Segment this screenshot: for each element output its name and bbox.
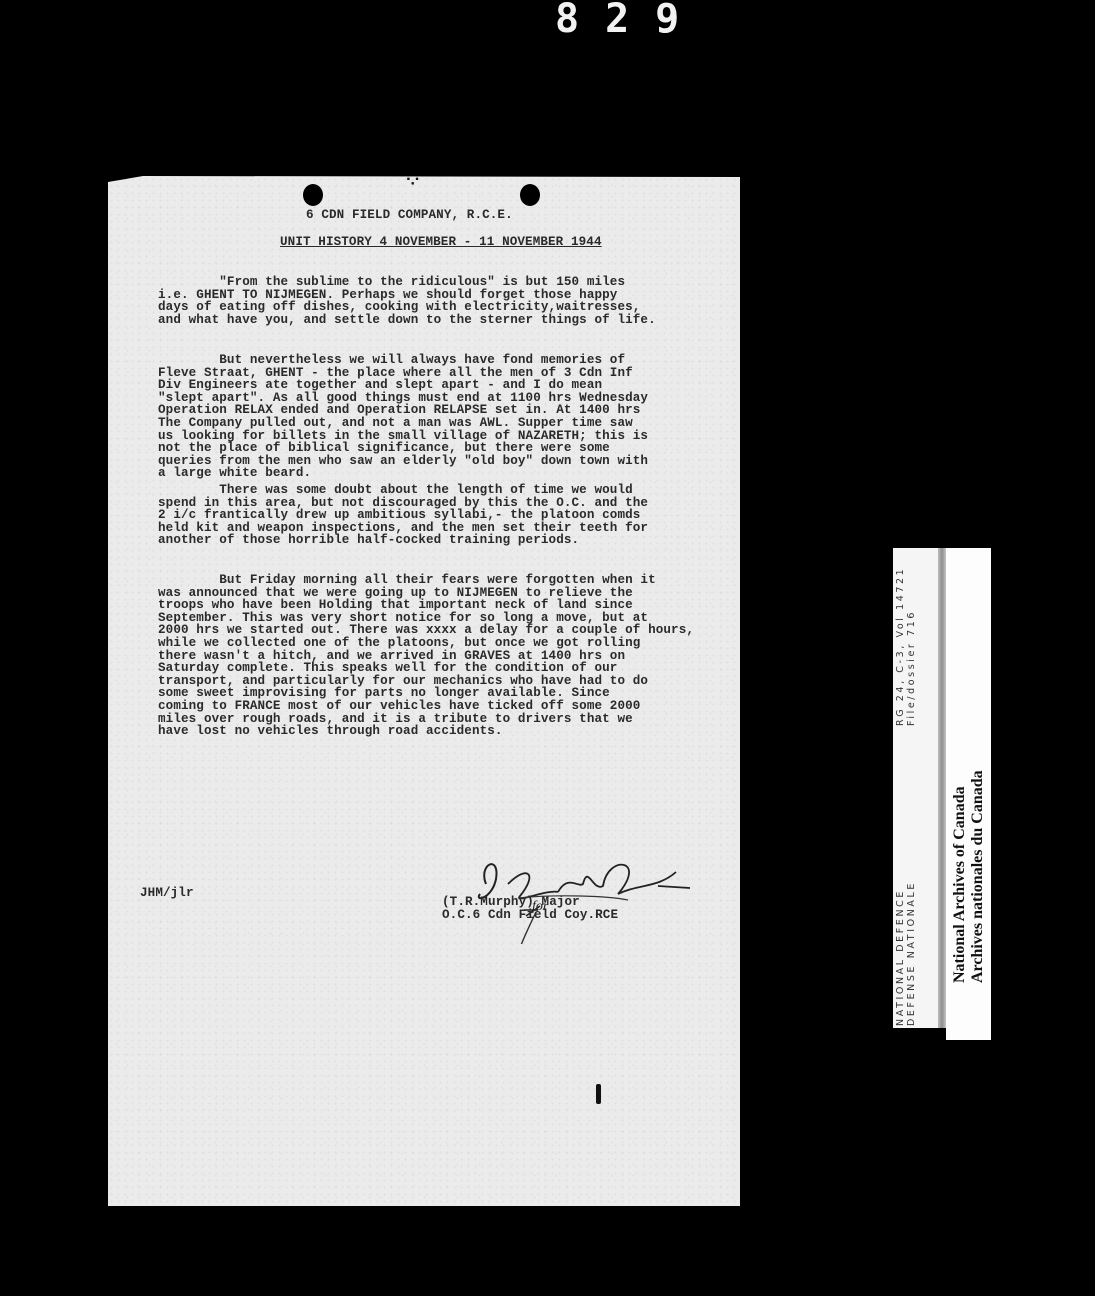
unit-heading: 6 CDN FIELD COMPANY, R.C.E. xyxy=(306,209,513,222)
archive-slip-left: NATIONAL DEFENCE DEFENSE NATIONALE RG 24… xyxy=(893,548,938,1028)
reference-initials: JHM/jlr xyxy=(140,887,194,900)
paragraph-3: There was some doubt about the length of… xyxy=(158,484,648,547)
archive-slip-divider xyxy=(938,548,946,1028)
department-label: NATIONAL DEFENCE DEFENSE NATIONALE xyxy=(895,881,917,1026)
archive-name: National Archives of Canada Archives nat… xyxy=(951,770,987,983)
punch-hole-right xyxy=(520,184,540,206)
signature-block: (T.R.Murphy) Major O.C.6 Cdn Field Coy.R… xyxy=(442,896,618,921)
document-title: UNIT HISTORY 4 NOVEMBER - 11 NOVEMBER 19… xyxy=(280,236,602,249)
archive-slip-right: National Archives of Canada Archives nat… xyxy=(946,548,991,1040)
document-page: ⁘ 6 CDN FIELD COMPANY, R.C.E. UNIT HISTO… xyxy=(108,176,740,1206)
paragraph-2: But nevertheless we will always have fon… xyxy=(158,354,648,480)
paragraph-4: But Friday morning all their fears were … xyxy=(158,574,694,738)
handwritten-signature: for xyxy=(408,844,708,944)
ink-blot: ⁘ xyxy=(406,170,428,184)
paragraph-1: "From the sublime to the ridiculous" is … xyxy=(158,276,656,326)
archive-reference: RG 24, C-3, Vol 14721 File/dossier 716 xyxy=(895,567,917,726)
ink-mark xyxy=(596,1084,601,1104)
microfilm-frame-number: 829 xyxy=(555,0,705,42)
punch-hole-left xyxy=(303,184,323,206)
